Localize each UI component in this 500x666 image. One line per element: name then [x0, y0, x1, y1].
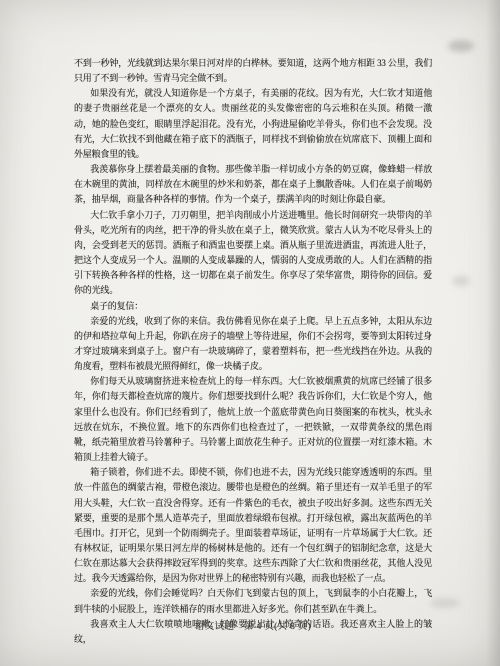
paragraph: 亲爱的光线，你们会睡觉吗？白天你们飞到蒙古包的顶上，飞到鼠李的小白花瓣上，飞到牛… — [74, 586, 432, 616]
scan-smudge — [452, 276, 470, 286]
paragraph: 桌子的复信： — [74, 299, 432, 314]
paragraph: 箱子锁着，你们进不去。即使不锁，你们也进不去，因为光线只能穿透透明的东西。里放一… — [74, 465, 432, 586]
paragraph: 你们每天从玻璃窗挤进来检查炕上的每一样东西。大仁钦被烟熏黄的炕席已经铺了很多年，… — [74, 374, 432, 465]
paragraph: 不到一秒钟，光线就到达果尔果日河对岸的白桦林。要知道，这两个地方相距 33 公里… — [74, 56, 432, 86]
scan-smudge — [430, 598, 460, 608]
exam-title-label: 语文试题 — [195, 622, 234, 632]
paragraph: 我羡慕你身上摆着最美丽的食物。那些像羊脂一样切成小方条的奶豆腐，像蜂蜡一样放在木… — [74, 162, 432, 207]
scanned-exam-page: 不到一秒钟，光线就到达果尔果日河对岸的白桦林。要知道，这两个地方相距 33 公里… — [0, 0, 500, 666]
paragraph: 如果没有光，就没人知道你是一个方桌子，有美丽的花纹。因为有光，大仁钦才知道他的妻… — [74, 86, 432, 162]
article-body: 不到一秒钟，光线就到达果尔果日河对岸的白桦林。要知道，这两个地方相距 33 公里… — [74, 56, 432, 647]
page-number-label: 第 4 页(共 8 页) — [244, 622, 311, 632]
paragraph: 亲爱的光线，收到了你的来信。我仿佛看见你在桌子上爬。早上五点多钟，太阳从东边的伊… — [74, 314, 432, 375]
page-footer: 语文试题第 4 页(共 8 页) — [74, 618, 432, 632]
scan-edge-shadow — [486, 0, 500, 666]
scan-smudge — [448, 40, 474, 52]
paragraph: 大仁钦手拿小刀子，刀刃朝里，把羊肉削成小片送进嘴里。他长时间研究一块带肉的羊骨头… — [74, 208, 432, 299]
